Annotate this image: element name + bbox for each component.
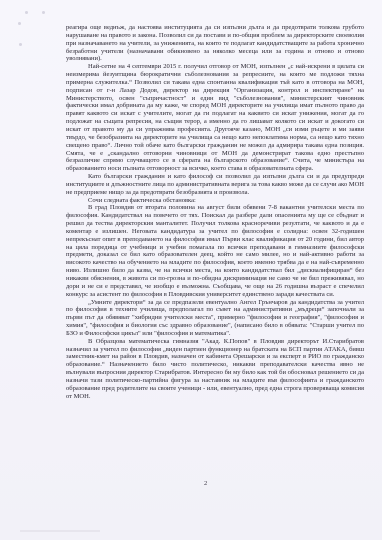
paragraph-6: „Умните директори“ за да се предпазели е… [66, 299, 364, 338]
scan-speck [42, 11, 45, 14]
paragraph-4: Сочи следната фактическа обстановка: [66, 197, 364, 205]
scan-speck [18, 22, 21, 25]
scan-speck [19, 43, 22, 46]
scanned-page: реагира още веднъж, да настоява институц… [0, 0, 382, 540]
paragraph-1: реагира още веднъж, да настоява институц… [66, 24, 364, 63]
paragraph-7: В Образцова математическа гимназия "Акад… [66, 338, 364, 401]
paragraph-2: Най-сетне на 4 септември 2015 г. получил… [66, 63, 364, 173]
scan-speck [25, 11, 28, 14]
page-number: 2 [204, 480, 207, 487]
paragraph-3: Като български гражданин и като философ … [66, 173, 364, 197]
paragraph-5: В град Пловдив от втората половина на ав… [66, 204, 364, 298]
scan-edge-shadow [20, 530, 100, 532]
document-body: реагира още веднъж, да настоява институц… [66, 24, 364, 401]
